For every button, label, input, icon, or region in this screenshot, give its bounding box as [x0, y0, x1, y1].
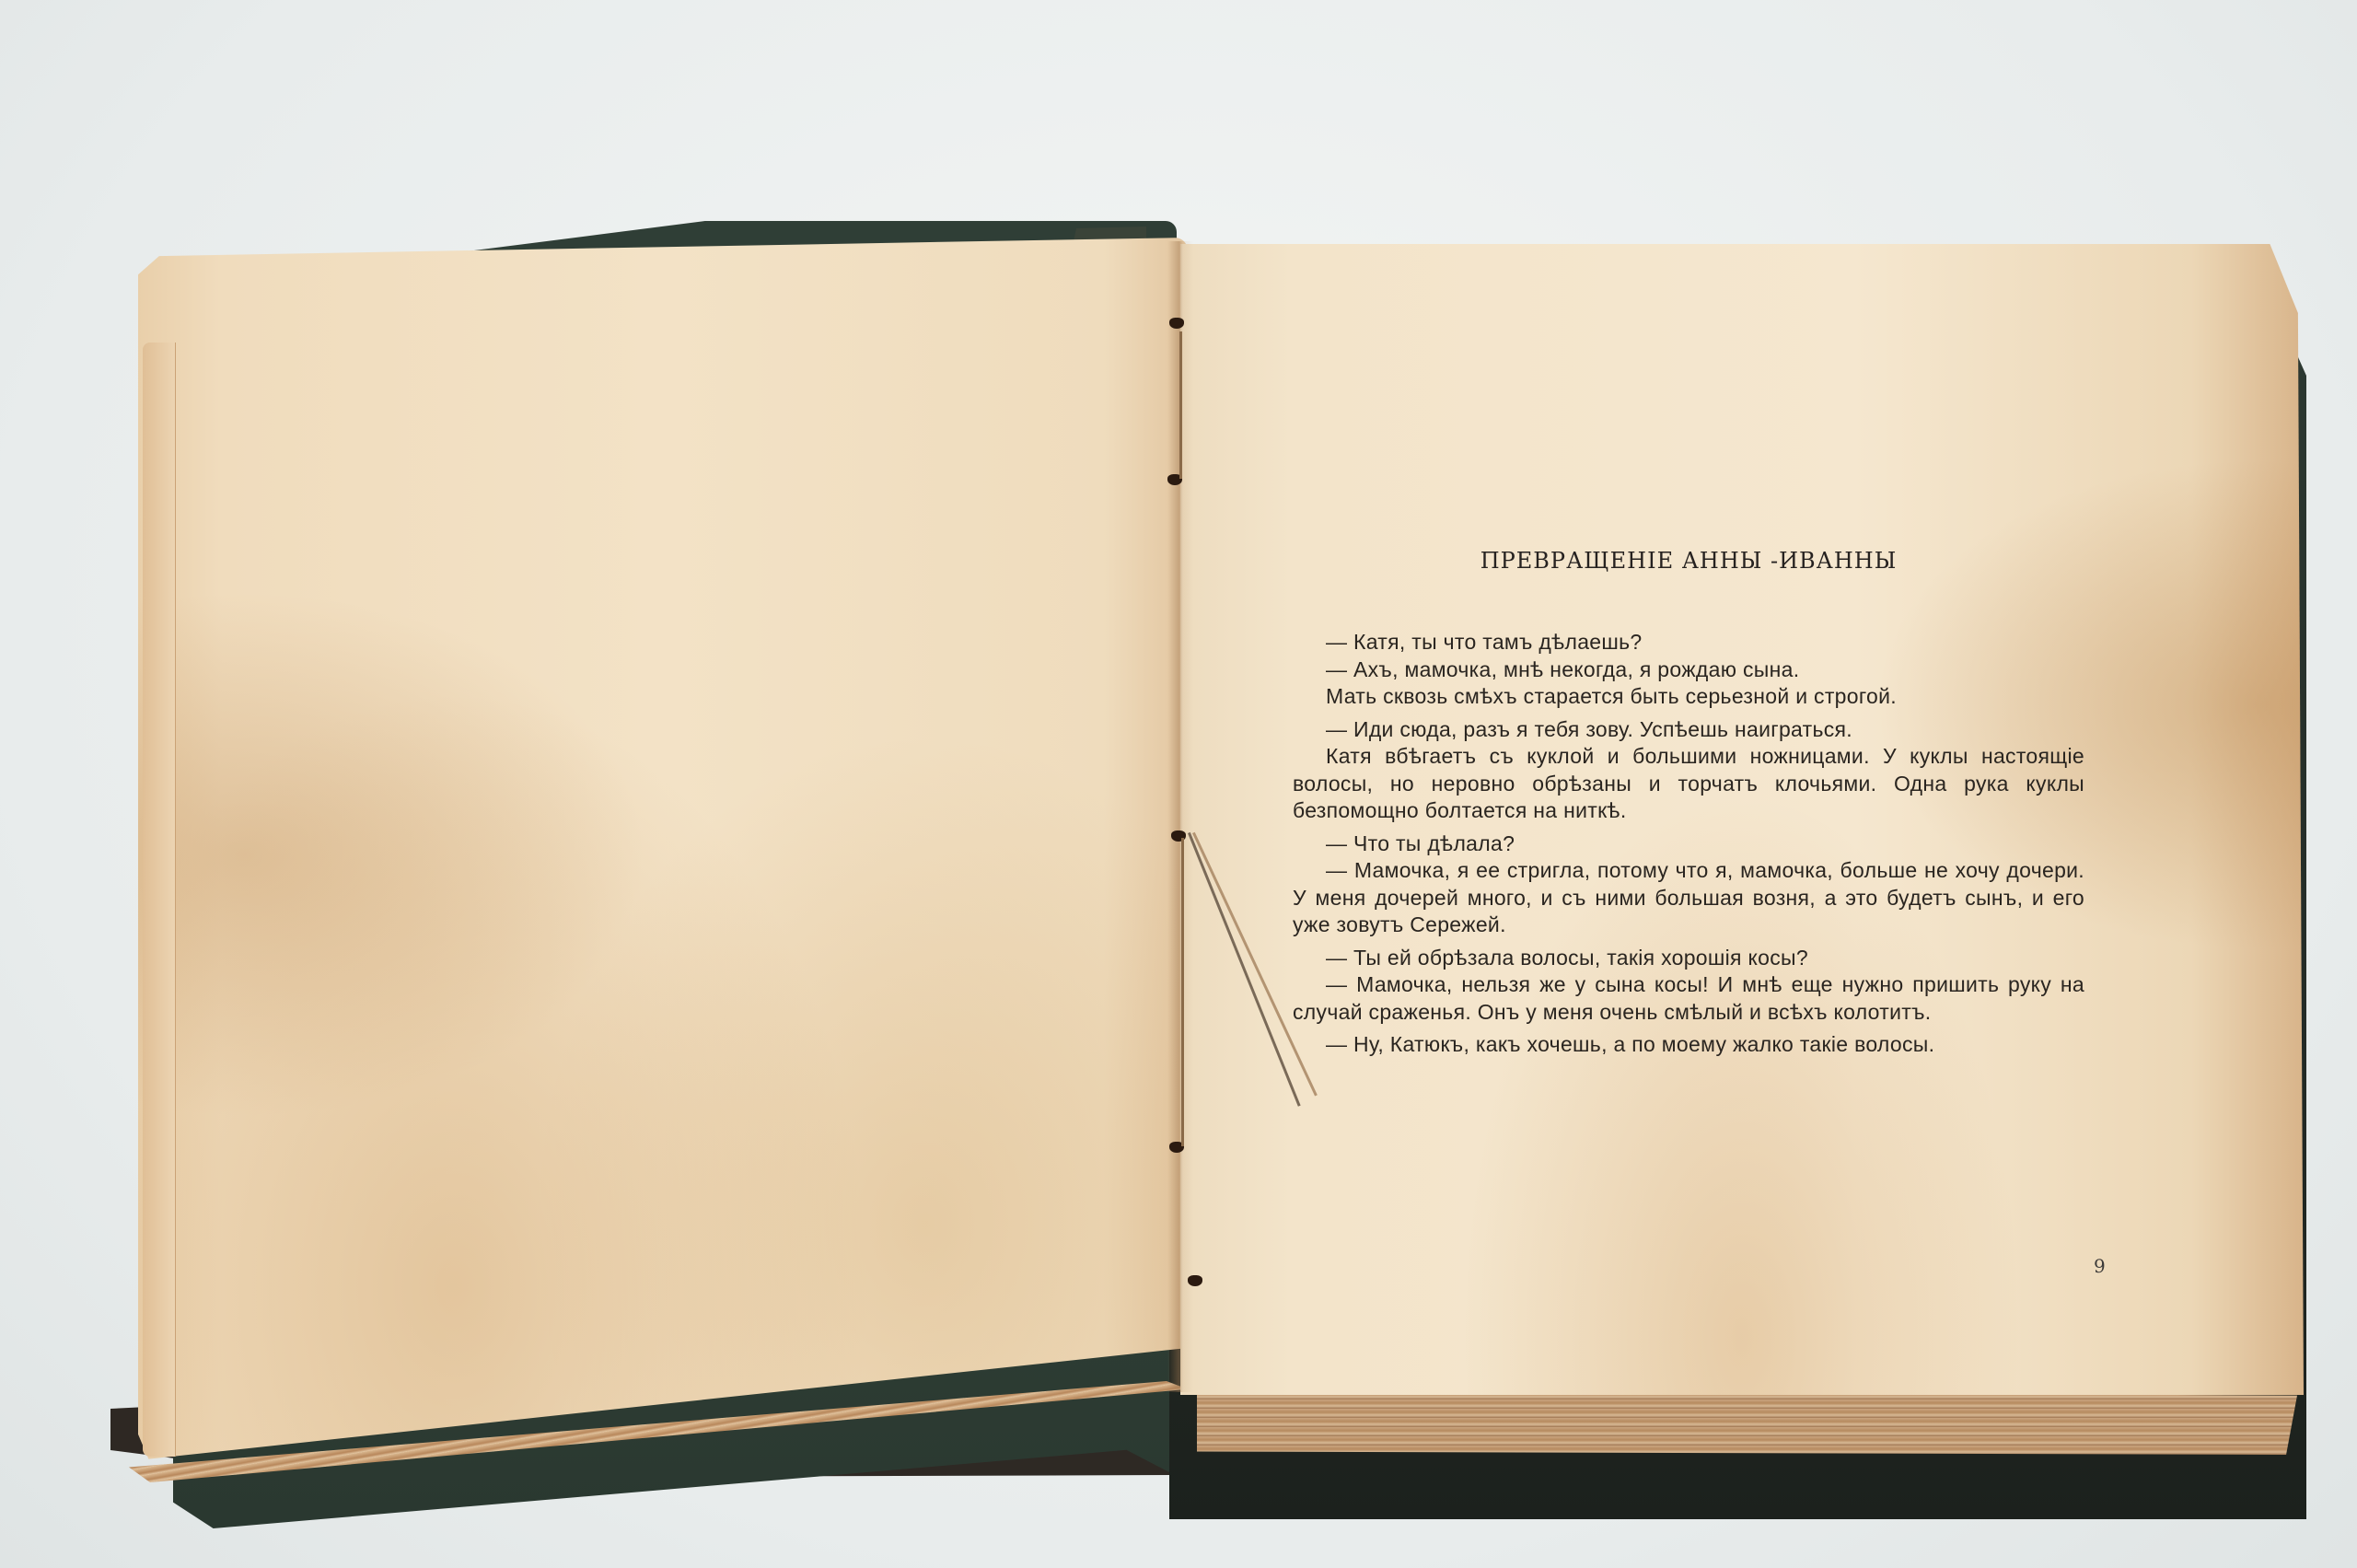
paragraph: — Что ты дѣлала?	[1293, 830, 2084, 858]
paragraph: Мать сквозь смѣхъ старается быть серьезн…	[1293, 683, 2084, 711]
paragraph: — Мамочка, я ее стригла, потому что я, м…	[1293, 857, 2084, 939]
paragraph: — Мамочка, нельзя же у сына косы! И мнѣ …	[1293, 971, 2084, 1026]
page-number: 9	[2094, 1255, 2106, 1277]
paragraph: — Ахъ, мамочка, мнѣ некогда, я рождаю сы…	[1293, 656, 2084, 684]
right-page-edges	[1197, 1390, 2297, 1455]
right-page-text: ПРЕВРАЩЕНІЕ АННЫ -ИВАННЫ — Катя, ты что …	[1293, 548, 2084, 1059]
chapter-title: ПРЕВРАЩЕНІЕ АННЫ -ИВАННЫ	[1293, 548, 2084, 574]
left-page	[138, 238, 1188, 1471]
stitch-hole	[1169, 318, 1184, 329]
paragraph: — Катя, ты что тамъ дѣлаешь?	[1293, 629, 2084, 656]
binding-thread	[1181, 838, 1184, 1146]
binding-thread	[1179, 331, 1182, 479]
paragraph: Катя вбѣгаетъ съ куклой и большими ножни…	[1293, 743, 2084, 825]
paragraph: — Ну, Катюкъ, какъ хочешь, а по моему жа…	[1293, 1031, 2084, 1059]
paragraph: — Ты ей обрѣзала волосы, такія хорошія к…	[1293, 945, 2084, 972]
paragraph: — Иди сюда, разъ я тебя зову. Успѣешь на…	[1293, 716, 2084, 744]
stitch-hole	[1188, 1275, 1202, 1286]
left-page-flyleaf-edge	[143, 343, 176, 1457]
book-photo: ПРЕВРАЩЕНІЕ АННЫ -ИВАННЫ — Катя, ты что …	[0, 0, 2357, 1568]
